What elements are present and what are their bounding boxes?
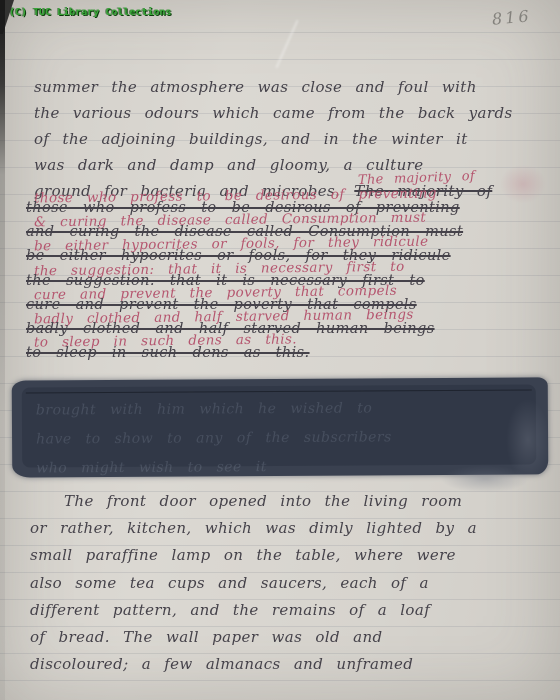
ghost-line: have to show to any of the subscribers (36, 422, 538, 454)
struck-black-line: to sleep in such dens as this. (26, 345, 310, 361)
revision-block: those who profess to be desirous of prev… (26, 193, 554, 362)
handwritten-line: small paraffine lamp on the table, where… (30, 542, 552, 569)
page-number: 816 (491, 6, 532, 28)
copyright-watermark: (C) TUC Library Collections (9, 7, 172, 18)
handwritten-line: of bread. The wall paper was old and (30, 624, 552, 651)
handwritten-line: also some tea cups and saucers, each of … (30, 570, 552, 597)
paper-crease (276, 20, 299, 68)
scan-edge-left (0, 0, 5, 700)
revision-pair: to sleep in such dens as this. to sleep … (26, 338, 554, 362)
handwritten-line: discoloured; a few almanacs and unframed (30, 651, 552, 678)
handwritten-line: the various odours which came from the b… (34, 100, 552, 126)
handwritten-line: different pattern, and the remains of a … (30, 597, 552, 624)
paragraph-1: summer the atmosphere was close and foul… (34, 74, 552, 204)
handwritten-line: of the adjoining buildings, and in the w… (34, 126, 552, 152)
ghost-line: brought with him which he wished to (36, 393, 538, 425)
paragraph-2: The front door opened into the living ro… (30, 488, 552, 678)
handwritten-line: summer the atmosphere was close and foul… (34, 74, 552, 100)
handwritten-line: The front door opened into the living ro… (30, 488, 552, 515)
manuscript-page: (C) TUC Library Collections 816 summer t… (0, 0, 560, 700)
handwritten-line: or rather, kitchen, which was dimly ligh… (30, 515, 552, 542)
